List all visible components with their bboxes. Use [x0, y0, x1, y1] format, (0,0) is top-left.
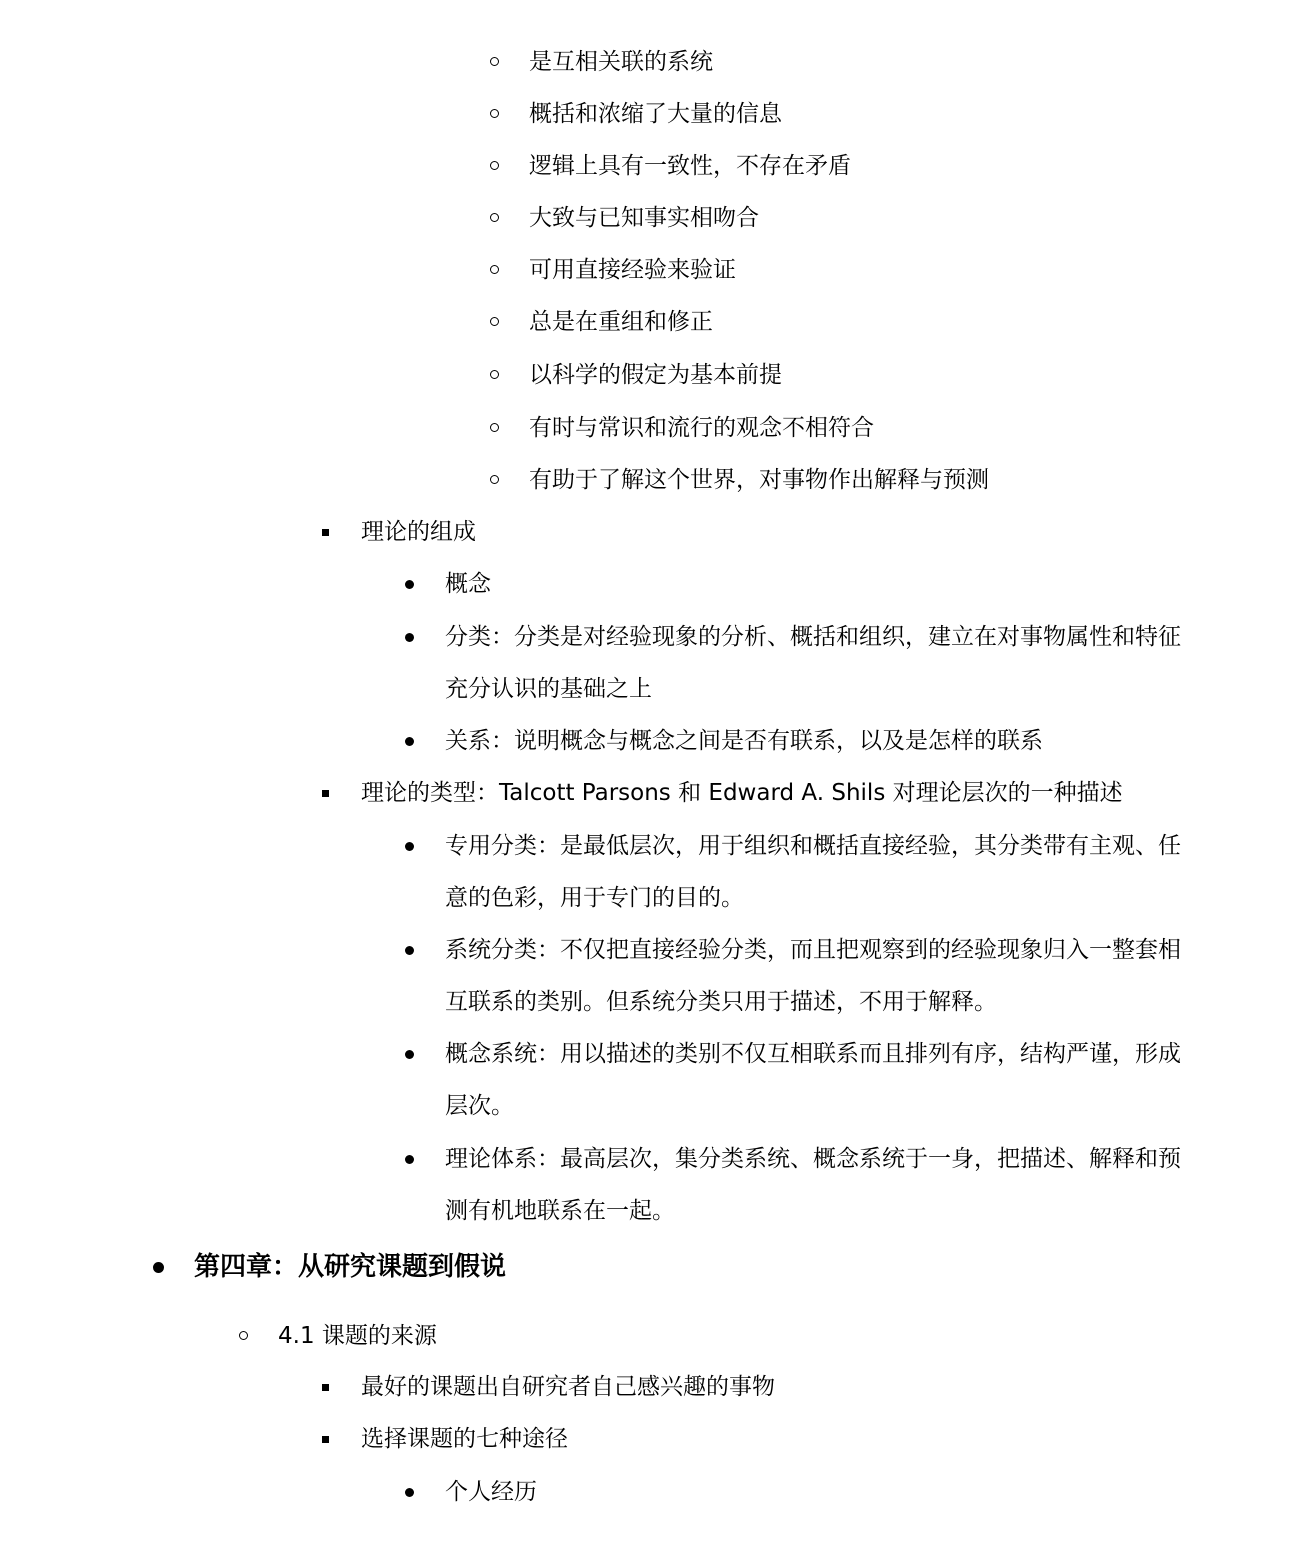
list-item: 最好的课题出自研究者自己感兴趣的事物	[361, 1361, 775, 1413]
list-item: 概念系统：用以描述的类别不仅互相联系而且排列有序，结构严谨，形成层次。	[445, 1028, 1185, 1133]
list-item: 个人经历	[445, 1466, 537, 1518]
list-item: 系统分类：不仅把直接经验分类，而且把观察到的经验现象归入一整套相互联系的类别。但…	[445, 924, 1185, 1029]
list-item: 有助于了解这个世界，对事物作出解释与预测	[529, 454, 989, 506]
list-item: 选择课题的七种途径	[361, 1413, 568, 1465]
list-item: 逻辑上具有一致性，不存在矛盾	[529, 140, 851, 192]
list-item: 可用直接经验来验证	[529, 244, 736, 296]
list-item: 分类：分类是对经验现象的分析、概括和组织，建立在对事物属性和特征充分认识的基础之…	[445, 611, 1185, 716]
list-item: 总是在重组和修正	[529, 296, 713, 348]
chapter-title: 第四章：从研究课题到假说	[194, 1241, 506, 1293]
list-item: 是互相关联的系统	[529, 36, 713, 88]
section-heading: 理论的组成	[361, 506, 476, 558]
section-heading: 理论的类型：Talcott Parsons 和 Edward A. Shils …	[361, 767, 1123, 819]
list-item: 关系：说明概念与概念之间是否有联系，以及是怎样的联系	[445, 715, 1043, 767]
list-item: 专用分类：是最低层次，用于组织和概括直接经验，其分类带有主观、任意的色彩，用于专…	[445, 820, 1185, 925]
list-item: 概念	[445, 558, 491, 610]
list-item: 理论体系：最高层次，集分类系统、概念系统于一身，把描述、解释和预测有机地联系在一…	[445, 1133, 1185, 1238]
list-item: 概括和浓缩了大量的信息	[529, 88, 782, 140]
list-item: 有时与常识和流行的观念不相符合	[529, 402, 874, 454]
list-item: 大致与已知事实相吻合	[529, 192, 759, 244]
section-title: 4.1 课题的来源	[278, 1310, 437, 1362]
list-item: 以科学的假定为基本前提	[529, 349, 782, 401]
